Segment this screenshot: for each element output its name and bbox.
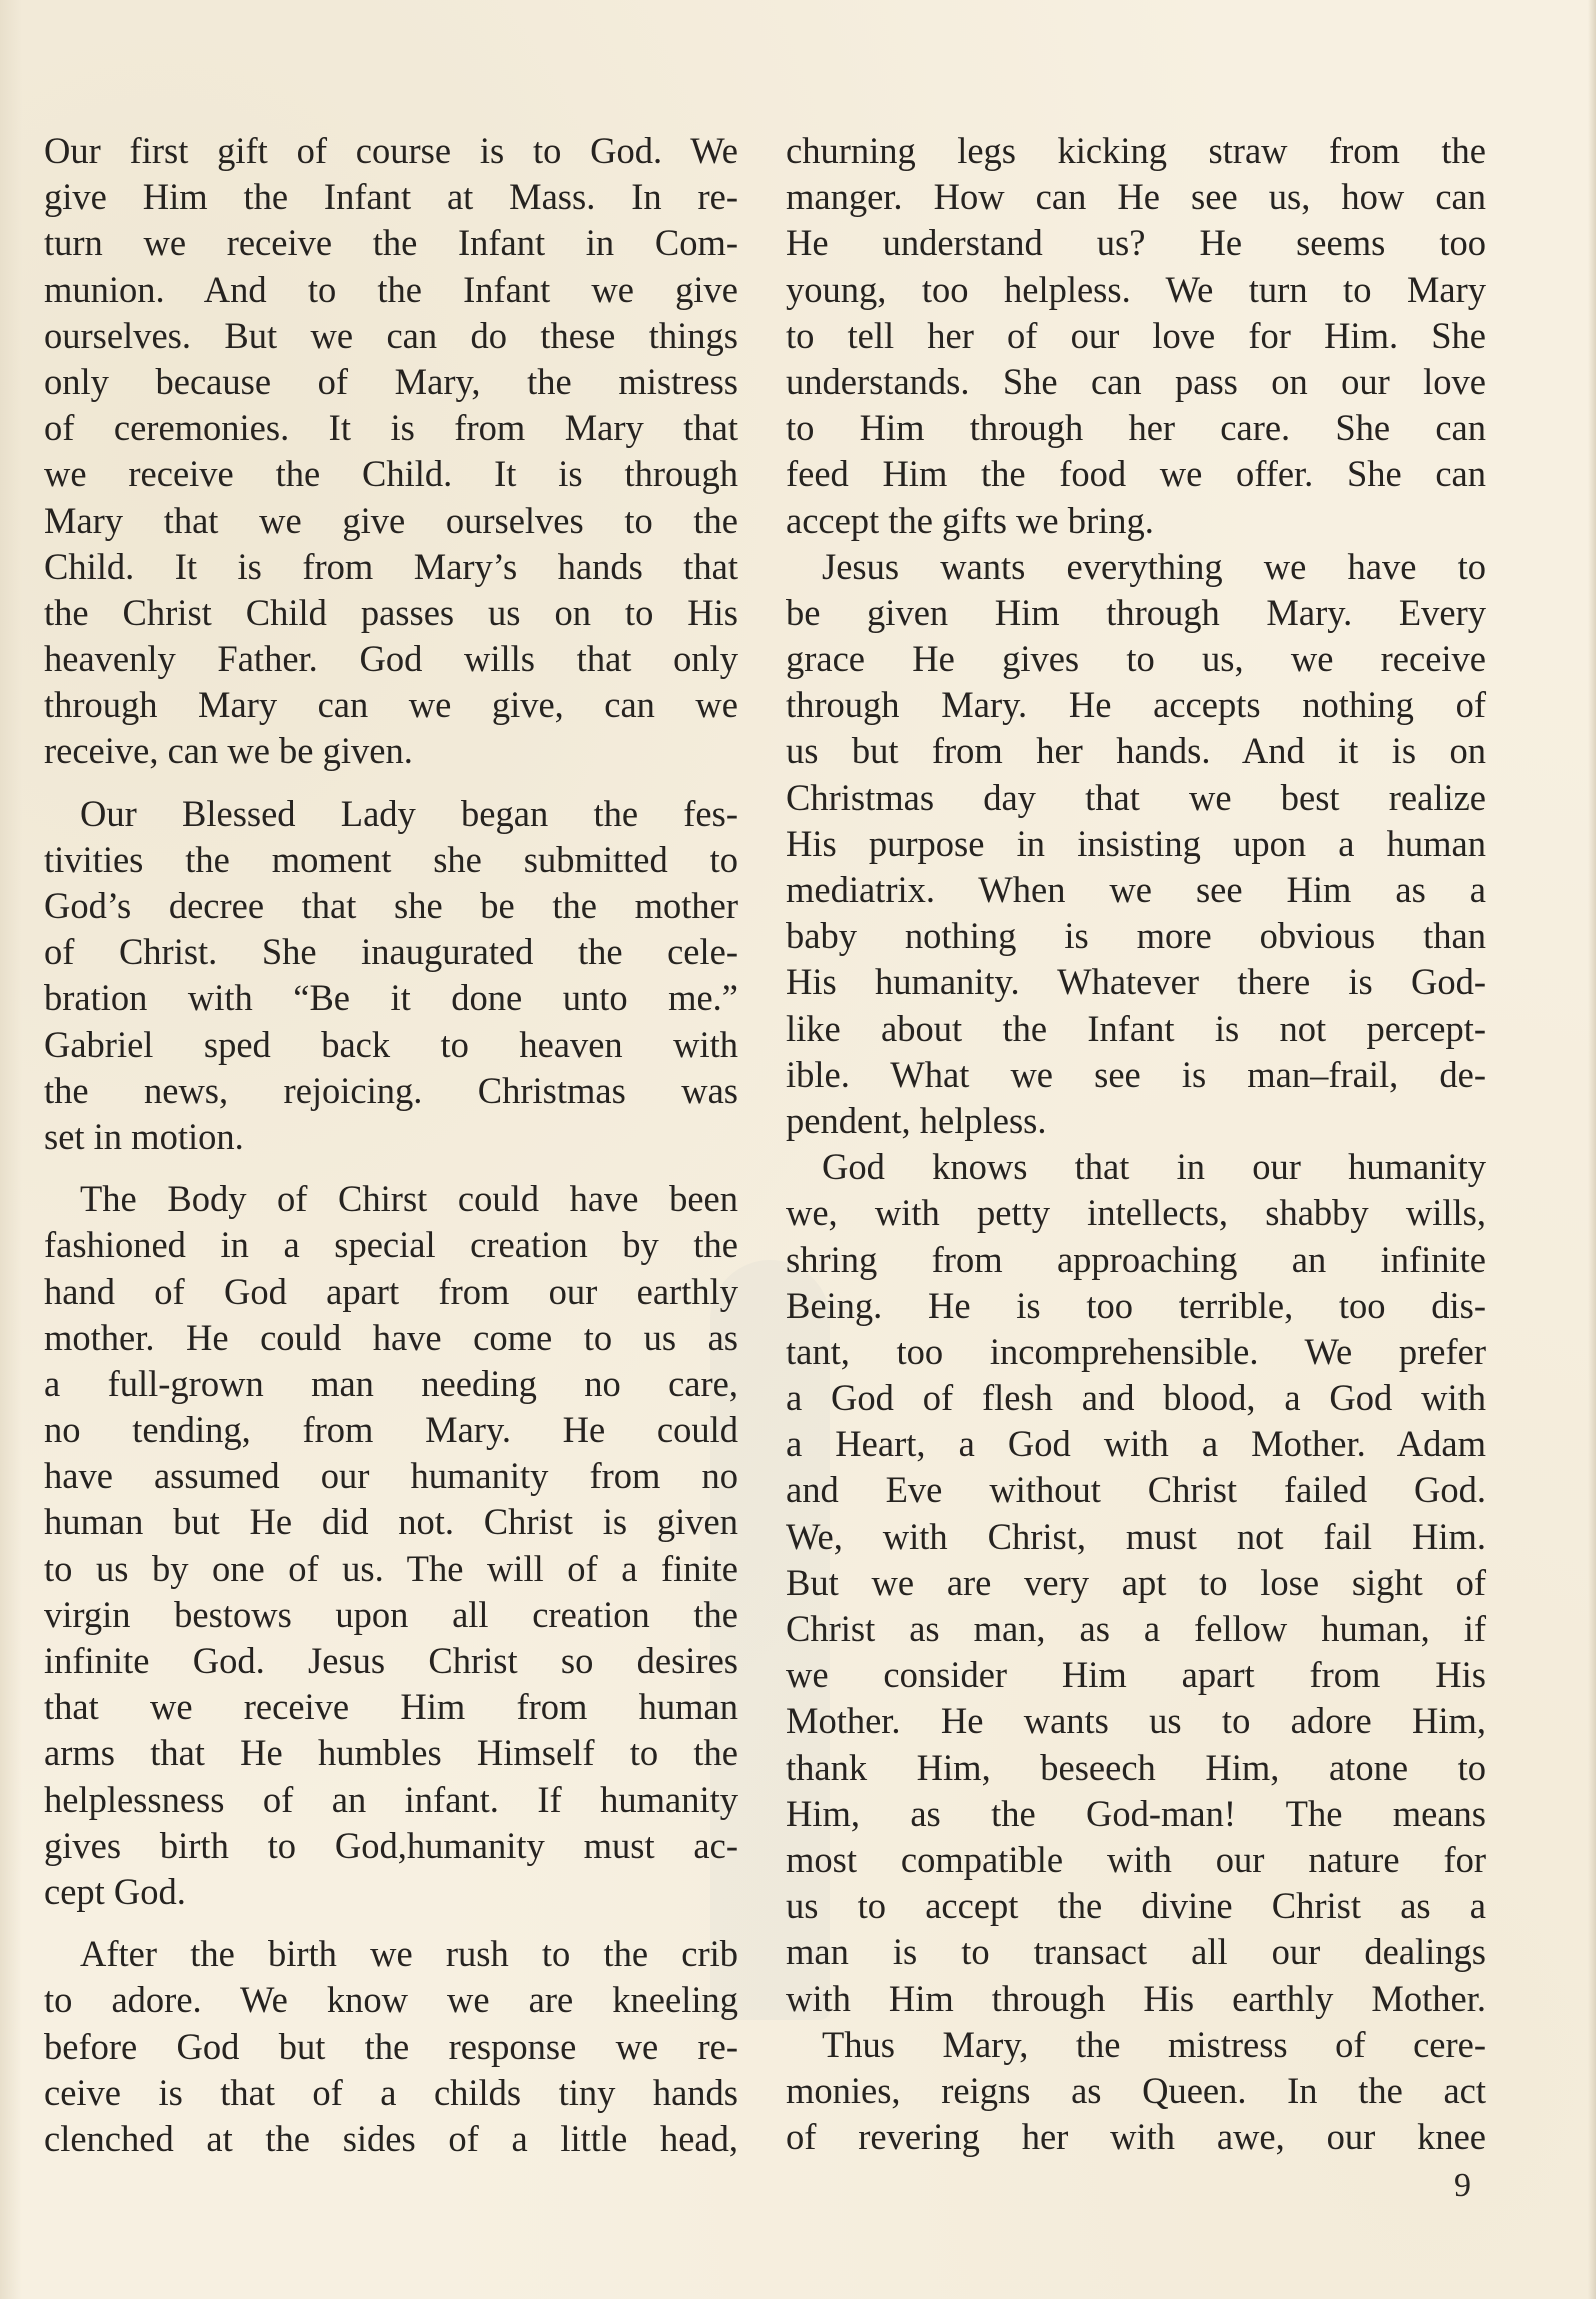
text-line: feed Him the food we offer. She can: [786, 451, 1486, 497]
text-line: ible. What we see is man–frail, de-: [786, 1052, 1486, 1098]
text-line: to us by one of us. The will of a finite: [44, 1546, 738, 1592]
text-line: infinite God. Jesus Christ so desires: [44, 1638, 738, 1684]
text-line: we, with petty intellects, shabby wills,: [786, 1190, 1486, 1236]
paragraph-jesus-wants: Jesus wants everything we have to be giv…: [786, 544, 1486, 1144]
text-line: munion. And to the Infant we give: [44, 267, 738, 313]
text-line: human but He did not. Christ is given: [44, 1499, 738, 1545]
text-line: shring from approaching an infinite: [786, 1237, 1486, 1283]
right-text-column: churning legs kicking straw from the man…: [786, 128, 1486, 2160]
text-line: Christmas day that we best realize: [786, 775, 1486, 821]
text-line: churning legs kicking straw from the: [786, 128, 1486, 174]
text-line: After the birth we rush to the crib: [44, 1931, 738, 1977]
text-line: helplessness of an infant. If humanity: [44, 1777, 738, 1823]
text-line: clenched at the sides of a little head,: [44, 2116, 738, 2162]
text-line: a God of flesh and blood, a God with: [786, 1375, 1486, 1421]
paragraph-spacer: [44, 775, 738, 791]
text-line: understands. She can pass on our love: [786, 359, 1486, 405]
text-line: Being. He is too terrible, too dis-: [786, 1283, 1486, 1329]
text-line: baby nothing is more obvious than: [786, 913, 1486, 959]
text-line: pendent, helpless.: [786, 1098, 1486, 1144]
text-line: His humanity. Whatever there is God-: [786, 959, 1486, 1005]
text-line: heavenly Father. God wills that only: [44, 636, 738, 682]
text-line: only because of Mary, the mistress: [44, 359, 738, 405]
text-line: ourselves. But we can do these things: [44, 313, 738, 359]
text-line: through Mary. He accepts nothing of: [786, 682, 1486, 728]
text-line: and Eve without Christ failed God.: [786, 1467, 1486, 1513]
text-line: the Christ Child passes us on to His: [44, 590, 738, 636]
text-line: turn we receive the Infant in Com-: [44, 220, 738, 266]
book-page: Our first gift of course is to God. We g…: [0, 0, 1596, 2299]
paragraph-blessed-lady: Our Blessed Lady began the fes- tivities…: [44, 791, 738, 1161]
text-line: manger. How can He see us, how can: [786, 174, 1486, 220]
text-line: a Heart, a God with a Mother. Adam: [786, 1421, 1486, 1467]
text-line: with Him through His earthly Mother.: [786, 1976, 1486, 2022]
text-line: through Mary can we give, can we: [44, 682, 738, 728]
text-line: bration with “Be it done unto me.”: [44, 975, 738, 1021]
text-line: Mary that we give ourselves to the: [44, 498, 738, 544]
text-line: hand of God apart from our earthly: [44, 1269, 738, 1315]
paragraph-first-gift: Our first gift of course is to God. We g…: [44, 128, 738, 775]
text-line: virgin bestows upon all creation the: [44, 1592, 738, 1638]
text-line: accept the gifts we bring.: [786, 498, 1486, 544]
text-line: of revering her with awe, our knee: [786, 2114, 1486, 2160]
text-line: give Him the Infant at Mass. In re-: [44, 174, 738, 220]
text-line: gives birth to God,humanity must ac-: [44, 1823, 738, 1869]
text-line: we receive the Child. It is through: [44, 451, 738, 497]
text-line: arms that He humbles Himself to the: [44, 1730, 738, 1776]
text-line: mother. He could have come to us as: [44, 1315, 738, 1361]
text-line: man is to transact all our dealings: [786, 1929, 1486, 1975]
text-line: grace He gives to us, we receive: [786, 636, 1486, 682]
text-line: receive, can we be given.: [44, 728, 738, 774]
text-line: We, with Christ, must not fail Him.: [786, 1514, 1486, 1560]
text-line: young, too helpless. We turn to Mary: [786, 267, 1486, 313]
text-line: to adore. We know we are kneeling: [44, 1977, 738, 2023]
text-line: us to accept the divine Christ as a: [786, 1883, 1486, 1929]
text-line: But we are very apt to lose sight of: [786, 1560, 1486, 1606]
text-line: tant, too incomprehensible. We prefer: [786, 1329, 1486, 1375]
text-line: cept God.: [44, 1869, 738, 1915]
text-line: He understand us? He seems too: [786, 220, 1486, 266]
text-line: Jesus wants everything we have to: [786, 544, 1486, 590]
text-line: a full-grown man needing no care,: [44, 1361, 738, 1407]
paragraph-after-birth: After the birth we rush to the crib to a…: [44, 1931, 738, 2162]
paragraph-spacer: [44, 1915, 738, 1931]
text-line: no tending, from Mary. He could: [44, 1407, 738, 1453]
page-edge-shadow: [1588, 0, 1596, 2299]
text-line: set in motion.: [44, 1114, 738, 1160]
paragraph-god-knows: God knows that in our humanity we, with …: [786, 1144, 1486, 2022]
text-line: God knows that in our humanity: [786, 1144, 1486, 1190]
text-line: Christ as man, as a fellow human, if: [786, 1606, 1486, 1652]
text-line: of ceremonies. It is from Mary that: [44, 405, 738, 451]
text-line: His purpose in insisting upon a human: [786, 821, 1486, 867]
text-line: to Him through her care. She can: [786, 405, 1486, 451]
text-line: ceive is that of a childs tiny hands: [44, 2070, 738, 2116]
text-line: Mother. He wants us to adore Him,: [786, 1698, 1486, 1744]
text-line: Gabriel sped back to heaven with: [44, 1022, 738, 1068]
text-line: The Body of Chirst could have been: [44, 1176, 738, 1222]
text-line: Child. It is from Mary’s hands that: [44, 544, 738, 590]
text-line: that we receive Him from human: [44, 1684, 738, 1730]
text-line: God’s decree that she be the mother: [44, 883, 738, 929]
text-line: thank Him, beseech Him, atone to: [786, 1745, 1486, 1791]
left-text-column: Our first gift of course is to God. We g…: [44, 128, 738, 2162]
paragraph-churning-legs: churning legs kicking straw from the man…: [786, 128, 1486, 544]
text-line: Thus Mary, the mistress of cere-: [786, 2022, 1486, 2068]
text-line: to tell her of our love for Him. She: [786, 313, 1486, 359]
text-line: fashioned in a special creation by the: [44, 1222, 738, 1268]
text-line: mediatrix. When we see Him as a: [786, 867, 1486, 913]
paragraph-body-of-christ: The Body of Chirst could have been fashi…: [44, 1176, 738, 1915]
text-line: Our first gift of course is to God. We: [44, 128, 738, 174]
text-line: Him, as the God-man! The means: [786, 1791, 1486, 1837]
page-gutter-shadow: [0, 0, 22, 2299]
text-line: like about the Infant is not percept-: [786, 1006, 1486, 1052]
paragraph-spacer: [44, 1160, 738, 1176]
text-line: tivities the moment she submitted to: [44, 837, 738, 883]
text-line: before God but the response we re-: [44, 2024, 738, 2070]
text-line: Our Blessed Lady began the fes-: [44, 791, 738, 837]
text-line: have assumed our humanity from no: [44, 1453, 738, 1499]
text-line: we consider Him apart from His: [786, 1652, 1486, 1698]
text-line: monies, reigns as Queen. In the act: [786, 2068, 1486, 2114]
text-line: most compatible with our nature for: [786, 1837, 1486, 1883]
text-line: us but from her hands. And it is on: [786, 728, 1486, 774]
text-line: be given Him through Mary. Every: [786, 590, 1486, 636]
text-line: the news, rejoicing. Christmas was: [44, 1068, 738, 1114]
paragraph-thus-mary: Thus Mary, the mistress of cere- monies,…: [786, 2022, 1486, 2161]
page-number: 9: [1454, 2166, 1471, 2206]
text-line: of Christ. She inaugurated the cele-: [44, 929, 738, 975]
